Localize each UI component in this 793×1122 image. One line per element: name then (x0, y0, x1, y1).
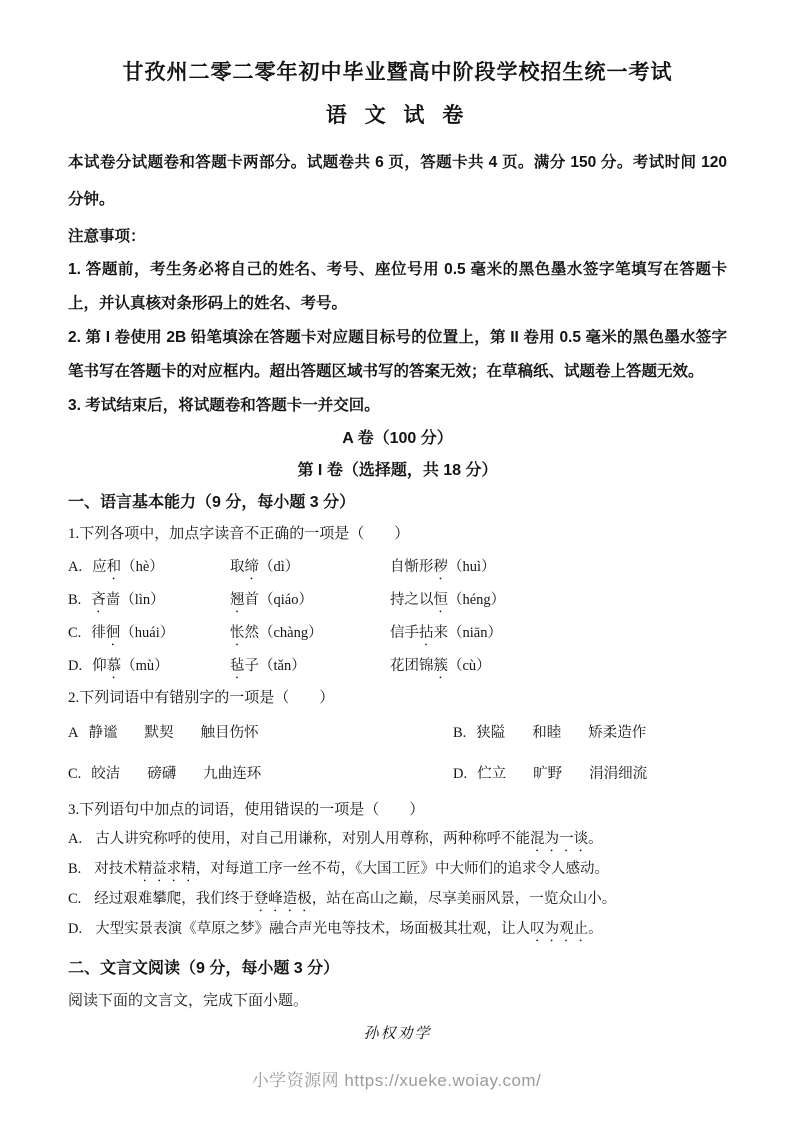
q1-a-word-1: A.应和（hè） (68, 551, 230, 584)
q1-options: A.应和（hè） 取缔（dì） 自惭形秽（huì） B.吝啬（lìn） 翘首（q… (68, 551, 727, 683)
q1-c-word-3: 信手拈来（niān） (390, 617, 727, 650)
q1-c-word-1: C.徘徊（huái） (68, 617, 230, 650)
footer-watermark: 小学资源网 https://xueke.woiay.com/ (0, 1066, 793, 1091)
option-label: A. (68, 551, 82, 584)
option-label: C. (68, 759, 81, 789)
q1-d-word-3: 花团锦簇（cù） (390, 650, 727, 683)
section2-heading: 二、文言文阅读（9 分，每小题 3 分） (68, 953, 727, 985)
volume-a-heading: A 卷（100 分） (68, 423, 727, 455)
option-label: C. (68, 617, 81, 650)
option-label: A (68, 718, 78, 748)
option-label: C. (68, 885, 81, 914)
q3-options: A.古人讲究称呼的使用，对自己用谦称，对别人用尊称，两种称呼不能混为一谈。 B.… (68, 825, 727, 945)
part1-heading: 第 I 卷（选择题，共 18 分） (68, 455, 727, 487)
q1-option-a: A.应和（hè） 取缔（dì） 自惭形秽（huì） (68, 551, 727, 584)
q3-option-d: D.大型实景表演《草原之梦》融合声光电等技术，场面极其壮观，让人叹为观止。 (68, 915, 727, 945)
q1-option-d: D.仰慕（mù） 毡子（tǎn） 花团锦簇（cù） (68, 650, 727, 683)
option-label: A. (68, 825, 82, 854)
q2-stem: 2.下列词语中有错别字的一项是（ ） (68, 683, 727, 713)
q3-option-b: B.对技术精益求精，对每道工序一丝不苟，《大国工匠》中大师们的追求令人感动。 (68, 855, 727, 885)
q3-stem: 3.下列语句中加点的词语，使用错误的一项是（ ） (68, 795, 727, 825)
footer-site-link: 小学资源网 https://xueke.woiay.com/ (252, 1071, 542, 1090)
q3-option-c: C.经过艰难攀爬，我们终于登峰造极，站在高山之巅，尽享美丽风景，一览众山小。 (68, 885, 727, 915)
q1-d-word-2: 毡子（tǎn） (230, 650, 390, 683)
option-label: D. (68, 650, 82, 683)
q1-d-word-1: D.仰慕（mù） (68, 650, 230, 683)
note-item-1: 1. 答题前，考生务必将自己的姓名、考号、座位号用 0.5 毫米的黑色墨水签字笔… (68, 253, 727, 321)
q1-option-b: B.吝啬（lìn） 翘首（qiáo） 持之以恒（héng） (68, 584, 727, 617)
q2-options: A静谧默契触目伤怀 B.狭隘和睦矫柔造作 C.皎洁磅礴九曲连环 D.伫立旷野涓涓… (68, 718, 727, 789)
q1-a-word-3: 自惭形秽（huì） (390, 551, 727, 584)
exam-paper-page: 甘孜州二零二零年初中毕业暨高中阶段学校招生统一考试 语 文 试 卷 本试卷分试题… (0, 0, 793, 1122)
note-item-3: 3. 考试结束后，将试题卷和答题卡一并交回。 (68, 389, 727, 423)
option-label: D. (453, 759, 467, 789)
exam-intro: 本试卷分试题卷和答题卡两部分。试题卷共 6 页，答题卡共 4 页。满分 150 … (68, 144, 727, 218)
note-item-2: 2. 第 I 卷使用 2B 铅笔填涂在答题卡对应题目标号的位置上，第 II 卷用… (68, 321, 727, 389)
q2-option-b: B.狭隘和睦矫柔造作 (453, 718, 727, 748)
q1-option-c: C.徘徊（huái） 怅然（chàng） 信手拈来（niān） (68, 617, 727, 650)
q3-option-a: A.古人讲究称呼的使用，对自己用谦称，对别人用尊称，两种称呼不能混为一谈。 (68, 825, 727, 855)
option-label: D. (68, 915, 82, 944)
notes-heading: 注意事项： (68, 220, 727, 253)
q1-stem: 1.下列各项中，加点字读音不正确的一项是（ ） (68, 519, 727, 549)
q1-c-word-2: 怅然（chàng） (230, 617, 390, 650)
section2-instruction: 阅读下面的文言文，完成下面小题。 (68, 985, 727, 1017)
q1-b-word-1: B.吝啬（lìn） (68, 584, 230, 617)
passage-title: 孙权劝学 (68, 1019, 727, 1049)
option-label: B. (68, 584, 81, 617)
page-title: 甘孜州二零二零年初中毕业暨高中阶段学校招生统一考试 (68, 58, 727, 88)
q2-option-c: C.皎洁磅礴九曲连环 (68, 759, 453, 789)
section1-heading: 一、语言基本能力（9 分，每小题 3 分） (68, 487, 727, 519)
q2-option-d: D.伫立旷野涓涓细流 (453, 759, 727, 789)
q1-a-word-2: 取缔（dì） (230, 551, 390, 584)
option-label: B. (68, 855, 81, 884)
q1-b-word-2: 翘首（qiáo） (230, 584, 390, 617)
page-subtitle: 语 文 试 卷 (68, 101, 727, 131)
option-label: B. (453, 718, 466, 748)
q1-b-word-3: 持之以恒（héng） (390, 584, 727, 617)
q2-option-a: A静谧默契触目伤怀 (68, 718, 453, 748)
